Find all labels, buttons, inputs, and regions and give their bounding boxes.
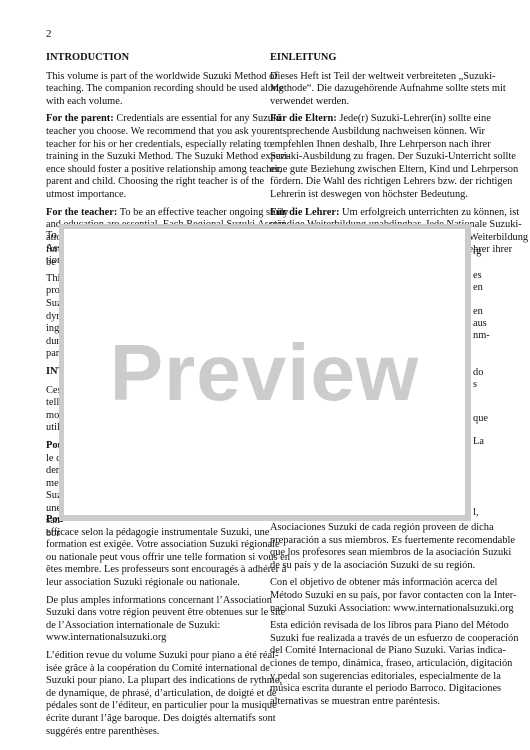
text-line: duri <box>46 336 60 349</box>
text-line: tion <box>46 255 60 268</box>
text-line: efficace selon la pédagogie instrumental… <box>46 527 264 540</box>
text-line: teaching. The companion recording should… <box>46 83 264 96</box>
paragraph: For the parent: Credentials are essentia… <box>46 113 264 201</box>
text-line: telle <box>46 397 60 410</box>
text-line: empfehlen Ihnen deshalb, Ihre Lehrperson… <box>270 139 490 152</box>
text-line: De plus amples informations concernant l… <box>46 595 264 608</box>
paragraph: Cestellemorutili <box>46 385 60 435</box>
text-line: Lehrerin ist deswegen von höchster Bedeu… <box>270 189 490 202</box>
text-line: Pou <box>46 440 60 453</box>
text-line: Dieses Heft ist Teil der weltweit verbre… <box>270 71 490 84</box>
text-line: le cl <box>46 453 60 466</box>
text-line: L’édition revue du volume Suzuki pour pi… <box>46 650 264 663</box>
text-line: Suzu <box>46 298 60 311</box>
text-line: y pedal son sugerencias editoriales, esp… <box>270 671 490 684</box>
paragraph: Dieses Heft ist Teil der weltweit verbre… <box>270 71 490 109</box>
paragraph: Pouefficace selon la pédagogie instrumen… <box>46 514 264 590</box>
edge-fragment: aus <box>473 318 487 331</box>
text-line: training in the Suzuki Method. The Suzuk… <box>46 151 264 164</box>
edge-fragment: l, <box>473 507 479 520</box>
preview-panel: Preview <box>64 229 465 515</box>
text-line: de su país y de la asociación Suzuki de … <box>270 560 490 573</box>
paragraph: Esta edición revisada de los libros para… <box>270 620 490 708</box>
text-line: une <box>46 503 60 516</box>
paragraph-lead: For the teacher: <box>46 207 117 218</box>
text-line: suggérés entre parenthèses. <box>46 726 264 739</box>
edge-fragment: es <box>473 270 482 283</box>
text-line: que los profesores sean miembros de la a… <box>270 547 490 560</box>
text-line: For the teacher: To be an effective teac… <box>46 207 264 220</box>
paragraph: Poule cldemmenSuzuunesantbon <box>46 440 60 541</box>
text-line: Asso <box>46 243 60 256</box>
text-line: Suzuki pour piano. La plupart des indica… <box>46 675 264 688</box>
text-line: entsprechende Ausbildung nachweisen könn… <box>270 126 490 139</box>
text-line: sant <box>46 515 60 528</box>
paragraph-lead: Pou <box>46 440 60 451</box>
text-line: verwendet werden. <box>270 96 490 109</box>
edge-fragment: do <box>473 367 483 380</box>
text-line: with each volume. <box>46 96 264 109</box>
text-line: Ces <box>46 385 60 398</box>
text-line: de l’Association internationale de Suzuk… <box>46 620 264 633</box>
edge-fragment: en <box>473 306 483 319</box>
text-line: proc <box>46 285 60 298</box>
paragraph: This volume is part of the worldwide Suz… <box>46 71 264 109</box>
text-line: pare <box>46 348 60 361</box>
heading-introduction: INTRODUCTION <box>46 52 264 65</box>
text-line: Método Suzuki en su país, por favor cont… <box>270 590 490 603</box>
text-line: ings <box>46 323 60 336</box>
text-line: This volume is part of the worldwide Suz… <box>46 71 264 84</box>
text-line: dem <box>46 465 60 478</box>
text-line: Esta edición revisada de los libros para… <box>270 620 490 633</box>
text-line: ence should foster a positive relationsh… <box>46 164 264 177</box>
text-line: música escrita durante el periodo Barroc… <box>270 683 490 696</box>
text-line: fördern. Die Wahl des richtigen Lehrers … <box>270 176 490 189</box>
edge-fragment: nm- <box>473 330 490 343</box>
text-line: bon <box>46 528 60 541</box>
text-line: For the parent: Credentials are essentia… <box>46 113 264 126</box>
text-line: parent and child. Choosing the right tea… <box>46 176 264 189</box>
text-line: Suzuki dans votre région peuvent être ob… <box>46 607 264 620</box>
text-line: formation est exigée. Votre association … <box>46 539 264 552</box>
paragraph-lead: For the parent: <box>46 113 114 124</box>
text-line: êtes membre. Les professeurs sont encour… <box>46 564 264 577</box>
edge-fragment: s <box>473 379 477 392</box>
preview-overlay: Preview <box>59 224 471 521</box>
text-line: utili <box>46 422 60 435</box>
paragraph: Con el objetivo de obtener más informaci… <box>270 577 490 615</box>
text-line: de dynamique, de phrasé, d’articulation,… <box>46 688 264 701</box>
text-line: men <box>46 478 60 491</box>
text-line: mor <box>46 410 60 423</box>
page-number: 2 <box>46 28 52 40</box>
edge-fragment: en <box>473 282 483 295</box>
text-line: To c <box>46 230 60 243</box>
edge-fragment: rg <box>473 246 481 259</box>
paragraph: De plus amples informations concernant l… <box>46 595 264 645</box>
paragraph: Für die Eltern: Jede(r) Suzuki-Lehrer(in… <box>270 113 490 201</box>
text-line: pédales sont de l’éditeur, en particulie… <box>46 700 264 713</box>
text-line: Suzu <box>46 490 60 503</box>
text-line: isée grâce à la coopération du Comité in… <box>46 663 264 676</box>
heading-einleitung: EINLEITUNG <box>270 52 490 65</box>
text-line: Methode“. Die dazugehörende Aufnahme sol… <box>270 83 490 96</box>
text-line: eine gute Beziehung zwischen Eltern, Kin… <box>270 164 490 177</box>
text-line: alternativas se muestran entre paréntesi… <box>270 696 490 709</box>
paragraph: L’édition revue du volume Suzuki pour pi… <box>46 650 264 738</box>
text-line: leur association Suzuki régionale ou nat… <box>46 577 264 590</box>
text-line: Asociaciones Suzuki de cada región prove… <box>270 522 490 535</box>
text-line: ou nationale peut vous offrir une telle … <box>46 552 264 565</box>
left-column-lower: Pouefficace selon la pédagogie instrumen… <box>46 514 264 743</box>
text-line: teacher you choose. We recommend that yo… <box>46 126 264 139</box>
text-line: teacher for his or her credentials, espe… <box>46 139 264 152</box>
paragraph: To cAssotion <box>46 230 60 268</box>
text-line: preparación a sus miembros. Es fuertemen… <box>270 535 490 548</box>
paragraph: Asociaciones Suzuki de cada región prove… <box>270 522 490 572</box>
text-line: ciones de tempo, dinámica, fraseo, artic… <box>270 658 490 671</box>
paragraph-lead: Für die Lehrer: <box>270 207 339 218</box>
text-line: dyna <box>46 311 60 324</box>
text-line: Con el objetivo de obtener más informaci… <box>270 577 490 590</box>
preview-watermark: Preview <box>64 333 465 413</box>
paragraph-lead: Für die Eltern: <box>270 113 337 124</box>
text-line: Suzuki-Ausbildung zu fragen. Der Suzuki-… <box>270 151 490 164</box>
text-line: This <box>46 273 60 286</box>
text-line: Suzuki fue realizada a través de un esfu… <box>270 633 490 646</box>
paragraph: ThisprocSuzudynaingsduripare <box>46 273 60 361</box>
heading-introduction-fr: INT <box>46 366 60 379</box>
text-line: nacional Suzuki Association: www.interna… <box>270 603 490 616</box>
text-line: Für die Eltern: Jede(r) Suzuki-Lehrer(in… <box>270 113 490 126</box>
text-line: del Comité Internacional de Piano Suzuki… <box>270 645 490 658</box>
text-line: Für die Lehrer: Um erfolgreich unterrich… <box>270 207 490 220</box>
text-line: écrite durant l’âge baroque. Des doigtés… <box>46 713 264 726</box>
edge-fragment: La <box>473 436 484 449</box>
right-column-lower: Asociaciones Suzuki de cada región prove… <box>270 522 490 713</box>
left-edge-fragments: To cAssotionThisprocSuzudynaingsduripare… <box>46 230 60 546</box>
text-line: utmost importance. <box>46 189 264 202</box>
text-line: www.internationalsuzuki.org <box>46 632 264 645</box>
edge-fragment: que <box>473 413 488 426</box>
